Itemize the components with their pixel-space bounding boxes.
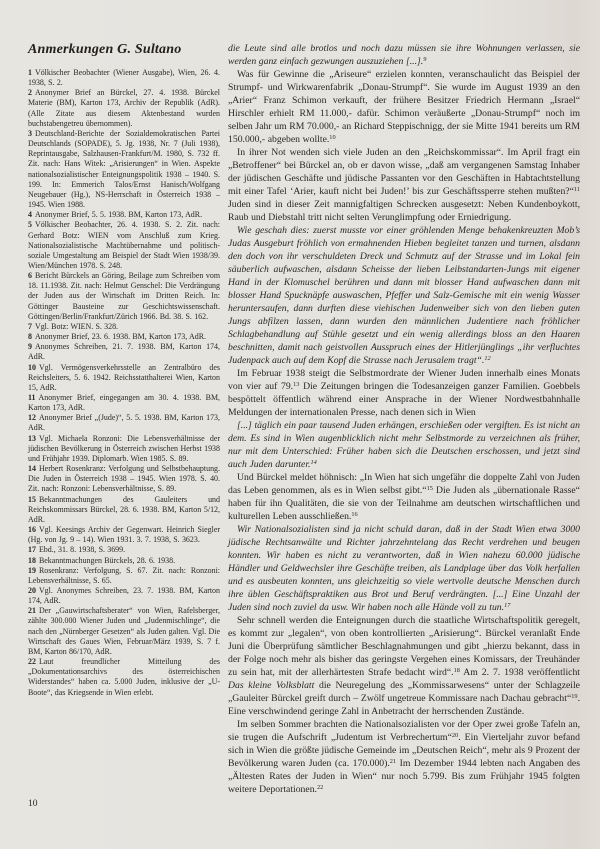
footnote-ref-14: 14 [310,459,316,466]
paragraph-5: Im Februar 1938 steigt die Selbstmordrat… [228,367,580,419]
note-item-21: 21Der „Gauwirtschaftsberater“ von Wien, … [28,606,220,657]
note-item-4: 4Anonymer Brief, 5. 5. 1938. BM, Karton … [28,210,220,220]
notes-column: Anmerkungen G. Sultano 1Völkischer Beoba… [28,42,220,698]
note-item-10: 10Vgl. Vermögensverkehrsstelle an Zentra… [28,363,220,393]
page-number: 10 [28,799,38,809]
note-item-15: 15Bekanntmachungen des Gauleiters und Re… [28,495,220,525]
paragraph-9: Sehr schnell werden die Enteignungen dur… [228,614,580,718]
note-item-17: 17Ebd., 31. 8. 1938, S. 3699. [28,545,220,555]
paragraph-2: Was für Gewinne die „Ariseure“ erzielen … [228,68,580,146]
note-item-22: 22Laut freundlicher Mitteilung des „Doku… [28,657,220,698]
notes-list: 1Völkischer Beobachter (Wiener Ausgabe),… [28,68,220,698]
paragraph-6: [...] täglich ein paar tausend Juden erh… [228,419,580,471]
main-text: die Leute sind alle brotlos und noch daz… [228,42,580,796]
note-item-18: 18Bekanntmachungen Bürckels, 28. 6. 1938… [28,556,220,566]
note-item-19: 19Rosenkranz: Verfolgung, S. 67. Zit. na… [28,566,220,586]
footnote-ref-22: 22 [317,784,323,791]
paragraph-1: die Leute sind alle brotlos und noch daz… [228,42,580,68]
footnote-ref-11: 11 [574,186,580,193]
footnote-ref-17: 17 [504,602,510,609]
note-item-12: 12Anonymer Brief „(Jude)“, 5. 5. 1938. B… [28,413,220,433]
note-item-8: 8Anonymer Brief, 23. 6. 1938. BM, Karton… [28,332,220,342]
note-item-20: 20Vgl. Anonymes Schreiben, 23. 7. 1938. … [28,586,220,606]
footnote-ref-21: 21 [390,758,396,765]
paragraph-4: Wie geschah dies: zuerst musste vor eine… [228,224,580,367]
footnote-ref-12: 12 [484,355,490,362]
footnote-ref-20: 20 [452,732,458,739]
note-item-3: 3Deutschland-Berichte der Sozialdemokrat… [28,129,220,210]
footnote-ref-18: 18 [454,667,460,674]
paragraph-10: Im selben Sommer brachten die Nationalso… [228,718,580,796]
footnote-ref-9: 9 [423,56,426,63]
footnote-ref-15: 15 [427,485,433,492]
note-item-7: 7Vgl. Botz: WIEN. S. 328. [28,322,220,332]
inline-emphasis: Das kleine Volksblatt [228,680,314,691]
note-item-16: 16Vgl. Keesings Archiv der Gegenwart. He… [28,525,220,545]
footnote-ref-10: 10 [329,134,335,141]
footnote-ref-19: 19 [571,693,577,700]
note-item-13: 13Vgl. Michaela Ronzoni: Die Lebensverhä… [28,434,220,464]
footnote-ref-16: 16 [351,511,357,518]
paragraph-3: In ihrer Not wenden sich viele Juden an … [228,146,580,224]
book-page: Anmerkungen G. Sultano 1Völkischer Beoba… [0,0,600,849]
note-item-2: 2Anonymer Brief an Bürckel, 27. 4. 1938.… [28,88,220,129]
note-item-1: 1Völkischer Beobachter (Wiener Ausgabe),… [28,68,220,88]
paragraph-8: Wir Nationalsozialisten sind ja nicht sc… [228,523,580,614]
note-item-9: 9Anonymes Schreiben, 21. 7. 1938. BM, Ka… [28,342,220,362]
note-item-11: 11Anonymer Brief, eingegangen am 30. 4. … [28,393,220,413]
note-item-5: 5Völkischer Beobachter, 26. 4. 1938. S. … [28,220,220,271]
paragraph-7: Und Bürckel meldet höhnisch: „In Wien ha… [228,471,580,523]
note-item-14: 14Herbert Rosenkranz: Verfolgung und Sel… [28,464,220,494]
note-item-6: 6Bericht Bürckels an Göring, Beilage zum… [28,271,220,322]
notes-heading: Anmerkungen G. Sultano [28,42,220,58]
footnote-ref-13: 13 [293,381,299,388]
